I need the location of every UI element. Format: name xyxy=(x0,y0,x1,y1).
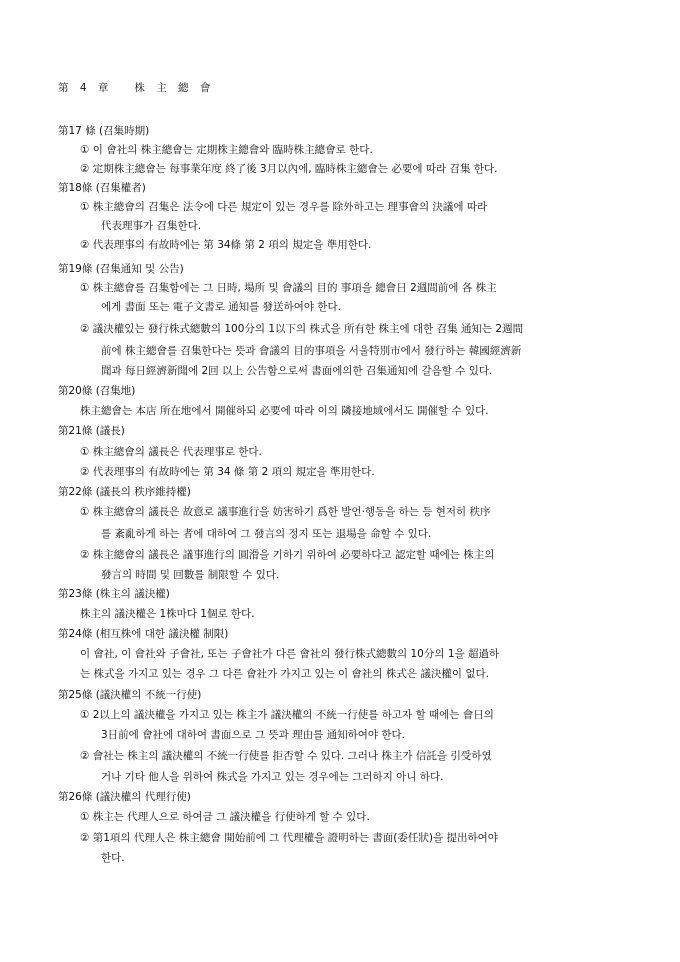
clause-item: ① 이 會社의 株主總會는 定期株主總會와 臨時株主總會로 한다. xyxy=(80,143,373,157)
clause-continuation: 前에 株主總會를 召集한다는 뜻과 會議의 目的事項을 서울特別市에서 發行하는… xyxy=(101,344,521,358)
clause-continuation: 3日前에 會社에 대하여 書面으로 그 뜻과 理由를 通知하여야 한다. xyxy=(101,728,405,742)
clause-continuation: 聞과 每日經濟新聞에 2回 以上 公告함으로써 書面에의한 召集通知에 갈음할 … xyxy=(101,364,492,378)
article-heading: 第21條 (議長) xyxy=(58,424,125,438)
article-heading: 第26條 (議決權의 代理行使) xyxy=(58,790,191,804)
clause-item: ① 株主는 代理人으로 하여금 그 議決權을 行使하게 할 수 있다. xyxy=(80,810,370,824)
article-body: 이 會社, 이 會社와 子會社, 또는 子會社가 다른 會社의 發行株式總數의 … xyxy=(80,647,499,661)
clause-continuation: 거나 기타 他人을 위하여 株式을 가지고 있는 경우에는 그러하지 아니 하다… xyxy=(101,770,443,784)
clause-item: ① 株主總會를 召集함에는 그 日時, 場所 및 會議의 目的 事項을 總會日 … xyxy=(80,281,497,295)
article-heading: 第24條 (相互株에 대한 議決權 制限) xyxy=(58,627,228,641)
article-heading: 第18條 (召集權者) xyxy=(58,181,146,195)
article-body: 株主總會는 本店 所在地에서 開催하되 必要에 따라 이의 隣接地域에서도 開催… xyxy=(80,404,489,418)
clause-item: ② 代表理事의 有故時에는 第 34 條 第 2 項의 規定을 準用한다. xyxy=(80,465,375,479)
article-heading: 第25條 (議決權의 不統一行使) xyxy=(58,688,201,702)
clause-item: ① 株主總會의 召集은 法令에 다른 規定이 있는 경우를 除外하고는 理事會의… xyxy=(80,200,487,214)
article-heading: 第17 條 (召集時期) xyxy=(58,124,149,138)
clause-item: ② 會社는 株主의 議決權의 不統一行使를 拒否할 수 있다. 그러나 株主가 … xyxy=(80,749,492,763)
clause-item: ② 第1項의 代理人은 株主總會 開始前에 그 代理權을 證明하는 書面(委任狀… xyxy=(80,831,498,845)
article-heading: 第22條 (議長의 秩序維持權) xyxy=(58,485,191,499)
article-heading: 第23條 (株主의 議決權) xyxy=(58,587,170,601)
document-page: 第 4 章 株 主 總 會 第17 條 (召集時期)① 이 會社의 株主總會는 … xyxy=(0,0,680,962)
article-heading: 第19條 (召集通知 및 公告) xyxy=(58,262,184,276)
article-body: 株主의 議決權은 1株마다 1個로 한다. xyxy=(80,607,255,621)
clause-item: ① 2以上의 議決權을 가지고 있는 株主가 議決權의 不統一行使를 하고자 할… xyxy=(80,708,494,722)
clause-item: ② 株主總會의 議長은 議事進行의 圓滑을 기하기 위하여 必要하다고 認定할 … xyxy=(80,548,494,562)
clause-continuation: 에게 書面 또는 電子文書로 通知를 發送하여야 한다. xyxy=(101,300,341,314)
clause-item: ① 株主總會의 議長은 代表理事로 한다. xyxy=(80,445,262,459)
clause-item: ② 定期株主總會는 每事業年度 終了後 3月以內에, 臨時株主總會는 必要에 따… xyxy=(80,162,497,176)
clause-continuation: 代表理事가 召集한다. xyxy=(101,219,201,233)
chapter-title: 第 4 章 株 主 總 會 xyxy=(58,80,214,95)
article-body: 는 株式을 가지고 있는 경우 그 다른 會社가 가지고 있는 이 會社의 株式… xyxy=(80,667,489,681)
clause-item: ① 株主總會의 議長은 故意로 議事進行을 妨害하기 爲한 발언·행동을 하는 … xyxy=(80,505,491,519)
clause-item: ② 代表理事의 有故時에는 第 34條 第 2 項의 規定을 準用한다. xyxy=(80,238,371,252)
clause-item: ② 議決權있는 發行株式總數의 100分의 1以下의 株式을 所有한 株主에 대… xyxy=(80,322,523,336)
clause-continuation: 를 紊亂하게 하는 者에 대하여 그 發言의 정지 또는 退場을 命할 수 있다… xyxy=(101,527,431,541)
article-heading: 第20條 (召集地) xyxy=(58,384,135,398)
clause-continuation: 發言의 時間 및 回數를 制限할 수 있다. xyxy=(101,568,279,582)
clause-continuation: 한다. xyxy=(101,851,125,865)
